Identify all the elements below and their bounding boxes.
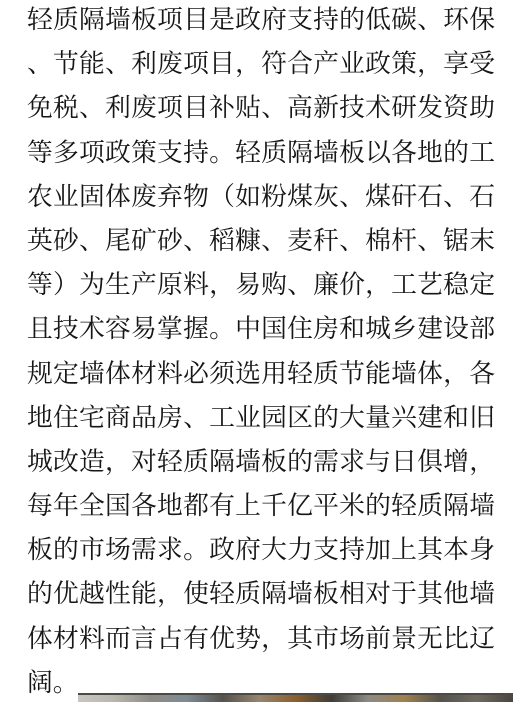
text-line: 等多项政策支持。轻质隔墙板以各地的工 [27,131,495,175]
text-line: 体材料而言占有优势，其市场前景无比辽 [27,617,495,661]
text-line: 英砂、尾矿砂、稻糠、麦秆、棉杆、锯末 [27,219,495,263]
text-line: 地住宅商品房、工业园区的大量兴建和旧 [27,396,495,440]
document-page: 轻质隔墙板项目是政府支持的低碳、环保 、节能、利废项目，符合产业政策，享受 免税… [0,0,513,702]
text-line: 的优越性能，使轻质隔墙板相对于其他墙 [27,572,495,616]
text-line: 等）为生产原料，易购、廉价，工艺稳定 [27,263,495,307]
text-line: 每年全国各地都有上千亿平米的轻质隔墙 [27,484,495,528]
text-line: 板的市场需求。政府大力支持加上其本身 [27,528,495,572]
text-line: 农业固体废弃物（如粉煤灰、煤矸石、石 [27,175,495,219]
text-line: 轻质隔墙板项目是政府支持的低碳、环保 [27,0,495,42]
paragraph: 轻质隔墙板项目是政府支持的低碳、环保 、节能、利废项目，符合产业政策，享受 免税… [27,0,495,702]
text-line: 免税、利废项目补贴、高新技术研发资助 [27,86,495,130]
text-line: 且技术容易掌握。中国住房和城乡建设部 [27,307,495,351]
text-line: 城改造，对轻质隔墙板的需求与日俱增， [27,440,495,484]
text-line: 规定墙体材料必须选用轻质节能墙体，各 [27,352,495,396]
photo-strip [78,693,513,702]
text-line: 、节能、利废项目，符合产业政策，享受 [27,42,495,86]
